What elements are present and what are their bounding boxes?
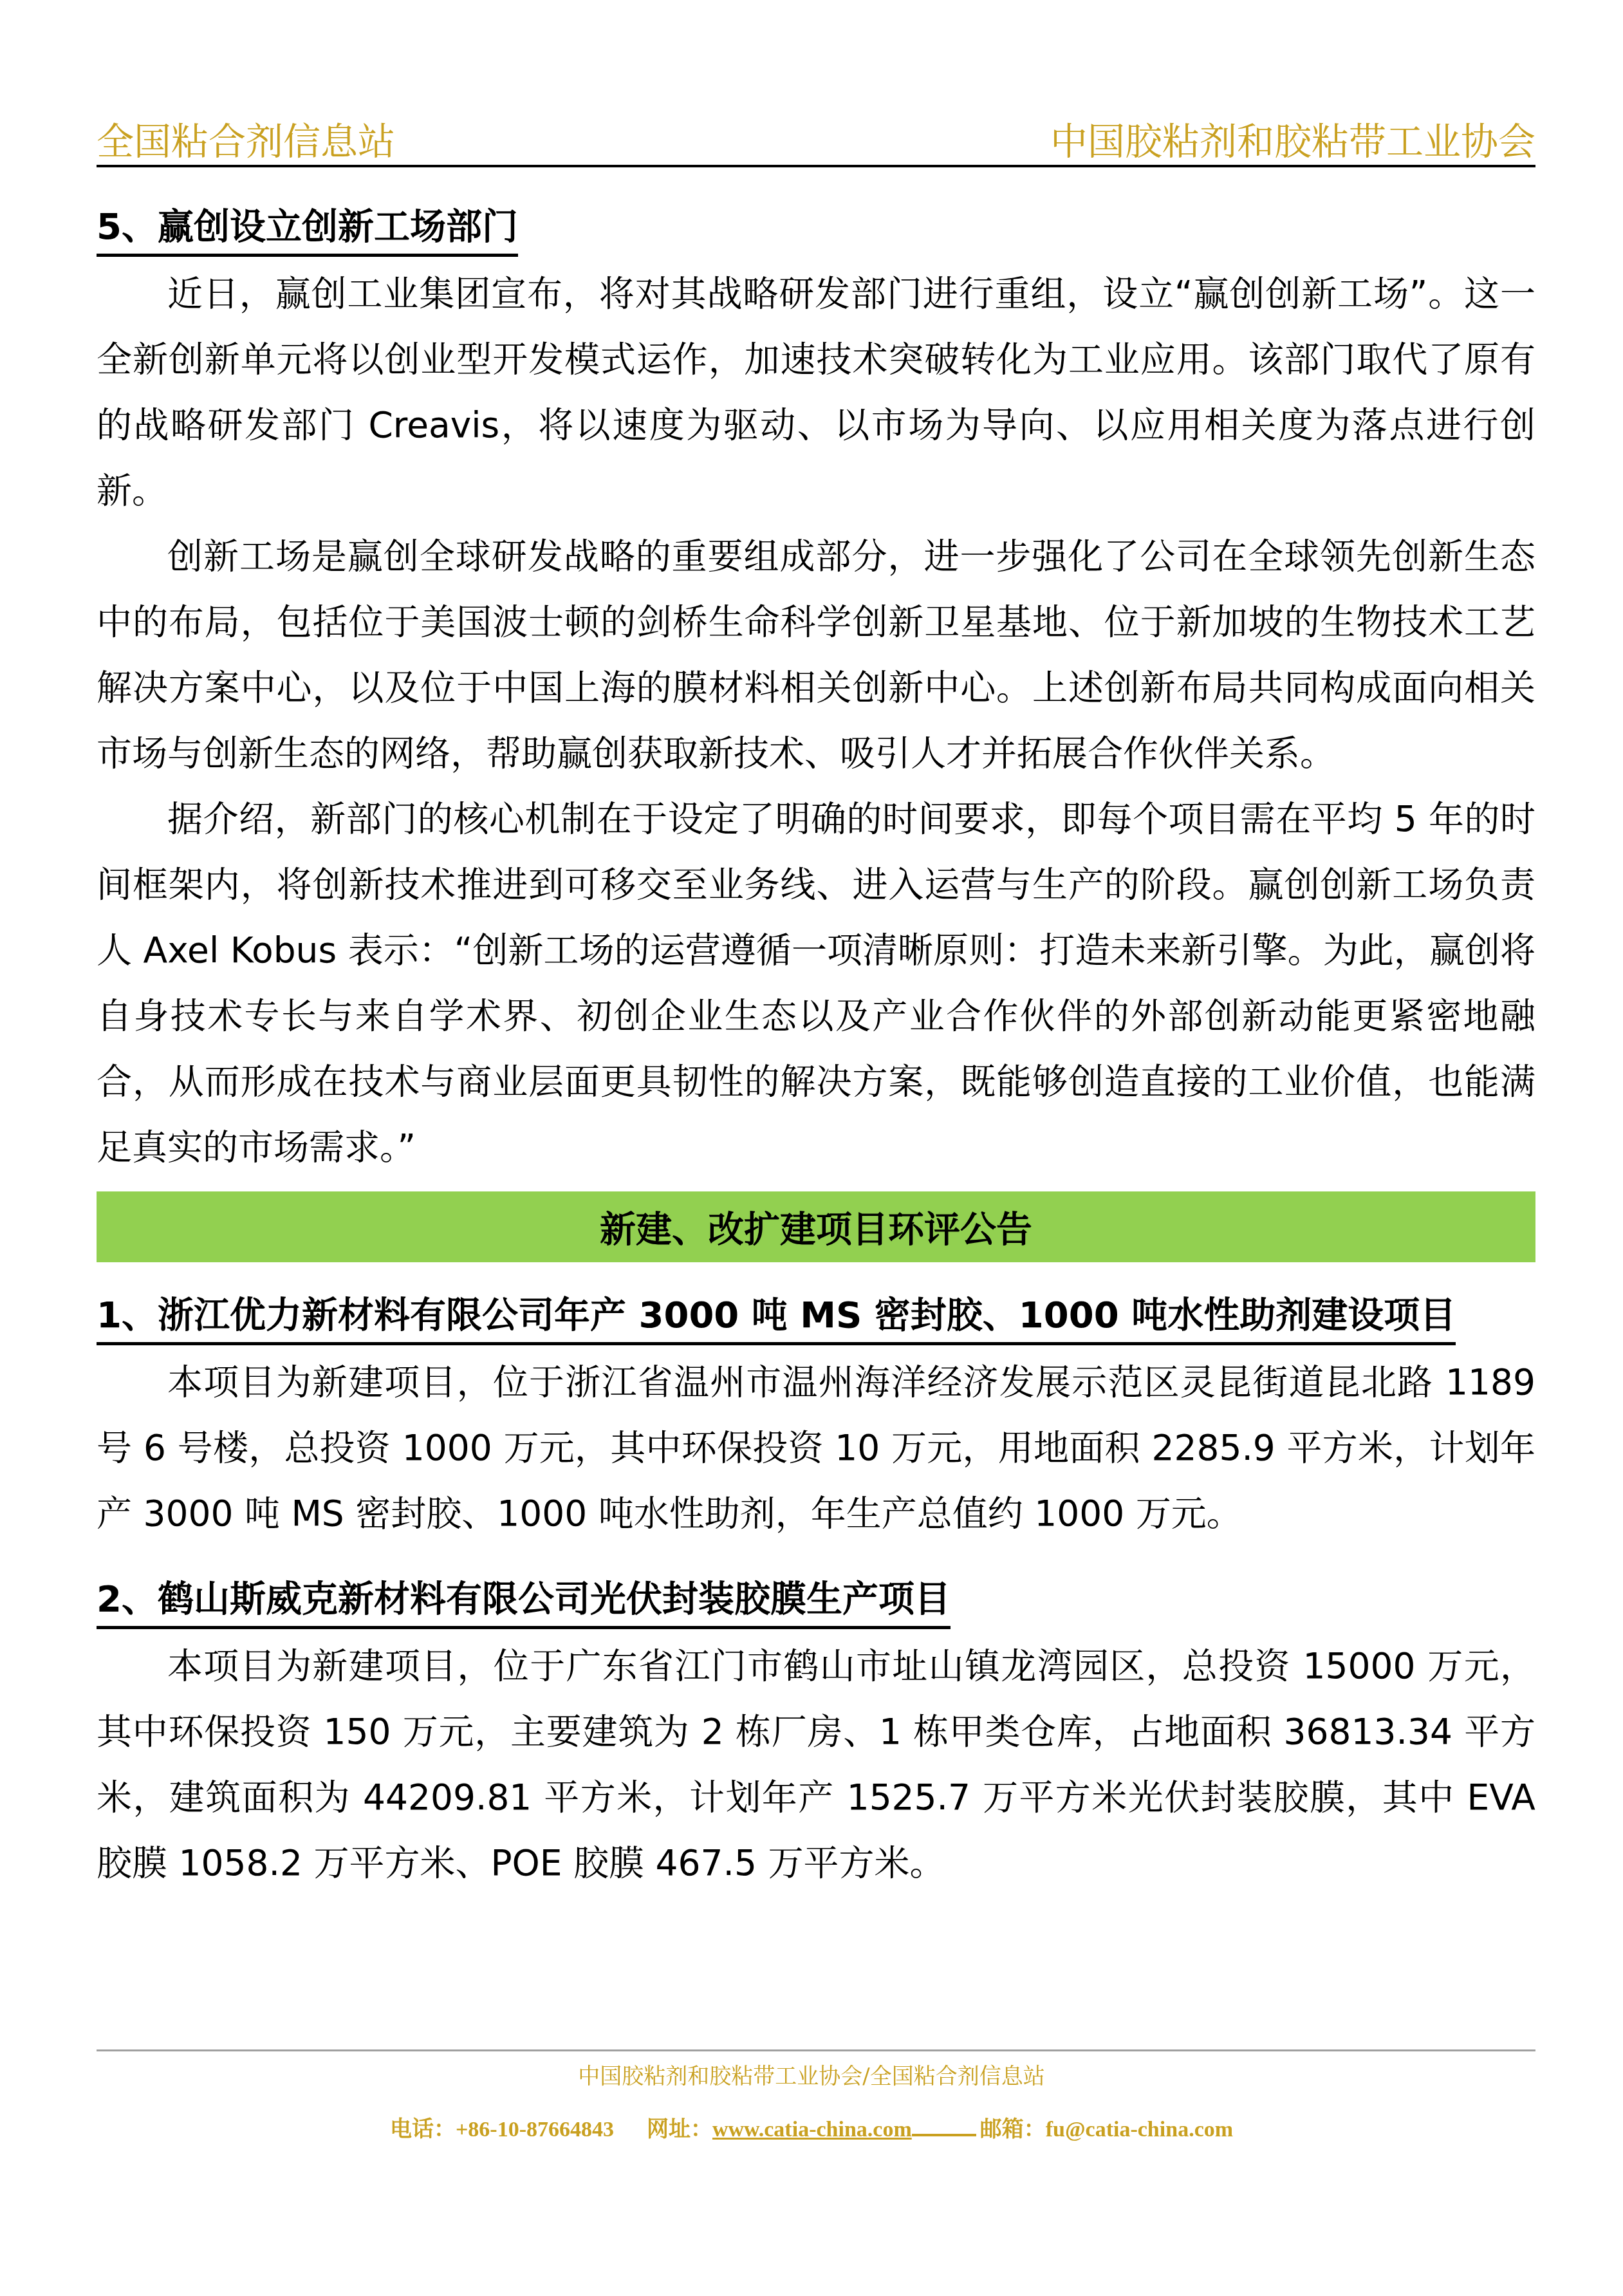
eia-item-2: 2、鹤山斯威克新材料有限公司光伏封装胶膜生产项目 本项目为新建项目，位于广东省江… [97, 1565, 1535, 1896]
paragraph: 据介绍，新部门的核心机制在于设定了明确的时间要求，即每个项目需在平均 5 年的时… [97, 786, 1535, 1180]
paragraph: 本项目为新建项目，位于浙江省温州市温州海洋经济发展示范区灵昆街道昆北路 1189… [97, 1349, 1535, 1546]
email-link[interactable]: fu@catia-china.com [1046, 2118, 1233, 2142]
section-title: 2、鹤山斯威克新材料有限公司光伏封装胶膜生产项目 [97, 1573, 951, 1629]
spacer [97, 1546, 1535, 1565]
web-label: 网址： [647, 2118, 712, 2142]
news-item-5: 5、赢创设立创新工场部门 近日，赢创工业集团宣布，将对其战略研发部门进行重组，设… [97, 193, 1535, 1180]
header-divider [97, 165, 1535, 167]
paragraph: 近日，赢创工业集团宣布，将对其战略研发部门进行重组，设立“赢创创新工场”。这一全… [97, 261, 1535, 523]
phone-number: +86-10-87664843 [456, 2118, 614, 2142]
main-content: 5、赢创设立创新工场部门 近日，赢创工业集团宣布，将对其战略研发部门进行重组，设… [97, 193, 1535, 1896]
spacer [97, 1262, 1535, 1282]
section-band-eia: 新建、改扩建项目环评公告 [97, 1191, 1535, 1262]
website-link[interactable]: www.catia-china.com [712, 2118, 912, 2142]
header-right-title: 中国胶粘剂和胶粘带工业协会 [1050, 116, 1535, 167]
footer-divider [97, 2049, 1535, 2051]
page-header: 全国粘合剂信息站 中国胶粘剂和胶粘带工业协会 [97, 116, 1535, 167]
footer-contact: 电话：+86-10-87664843 网址：www.catia-china.co… [0, 2111, 1623, 2143]
footer-org-line: 中国胶粘剂和胶粘带工业协会/全国粘合剂信息站 [0, 2058, 1623, 2090]
paragraph: 本项目为新建项目，位于广东省江门市鹤山市址山镇龙湾园区，总投资 15000 万元… [97, 1633, 1535, 1896]
email-label: 邮箱： [980, 2118, 1046, 2142]
band-title: 新建、改扩建项目环评公告 [600, 1201, 1032, 1253]
phone-label: 电话： [390, 2118, 456, 2142]
paragraph: 创新工场是赢创全球研发战略的重要组成部分，进一步强化了公司在全球领先创新生态中的… [97, 523, 1535, 786]
section-title: 5、赢创设立创新工场部门 [97, 201, 518, 257]
link-underline [912, 2114, 976, 2136]
section-title: 1、浙江优力新材料有限公司年产 3000 吨 MS 密封胶、1000 吨水性助剂… [97, 1289, 1456, 1345]
eia-item-1: 1、浙江优力新材料有限公司年产 3000 吨 MS 密封胶、1000 吨水性助剂… [97, 1282, 1535, 1546]
header-left-title: 全国粘合剂信息站 [97, 116, 395, 167]
